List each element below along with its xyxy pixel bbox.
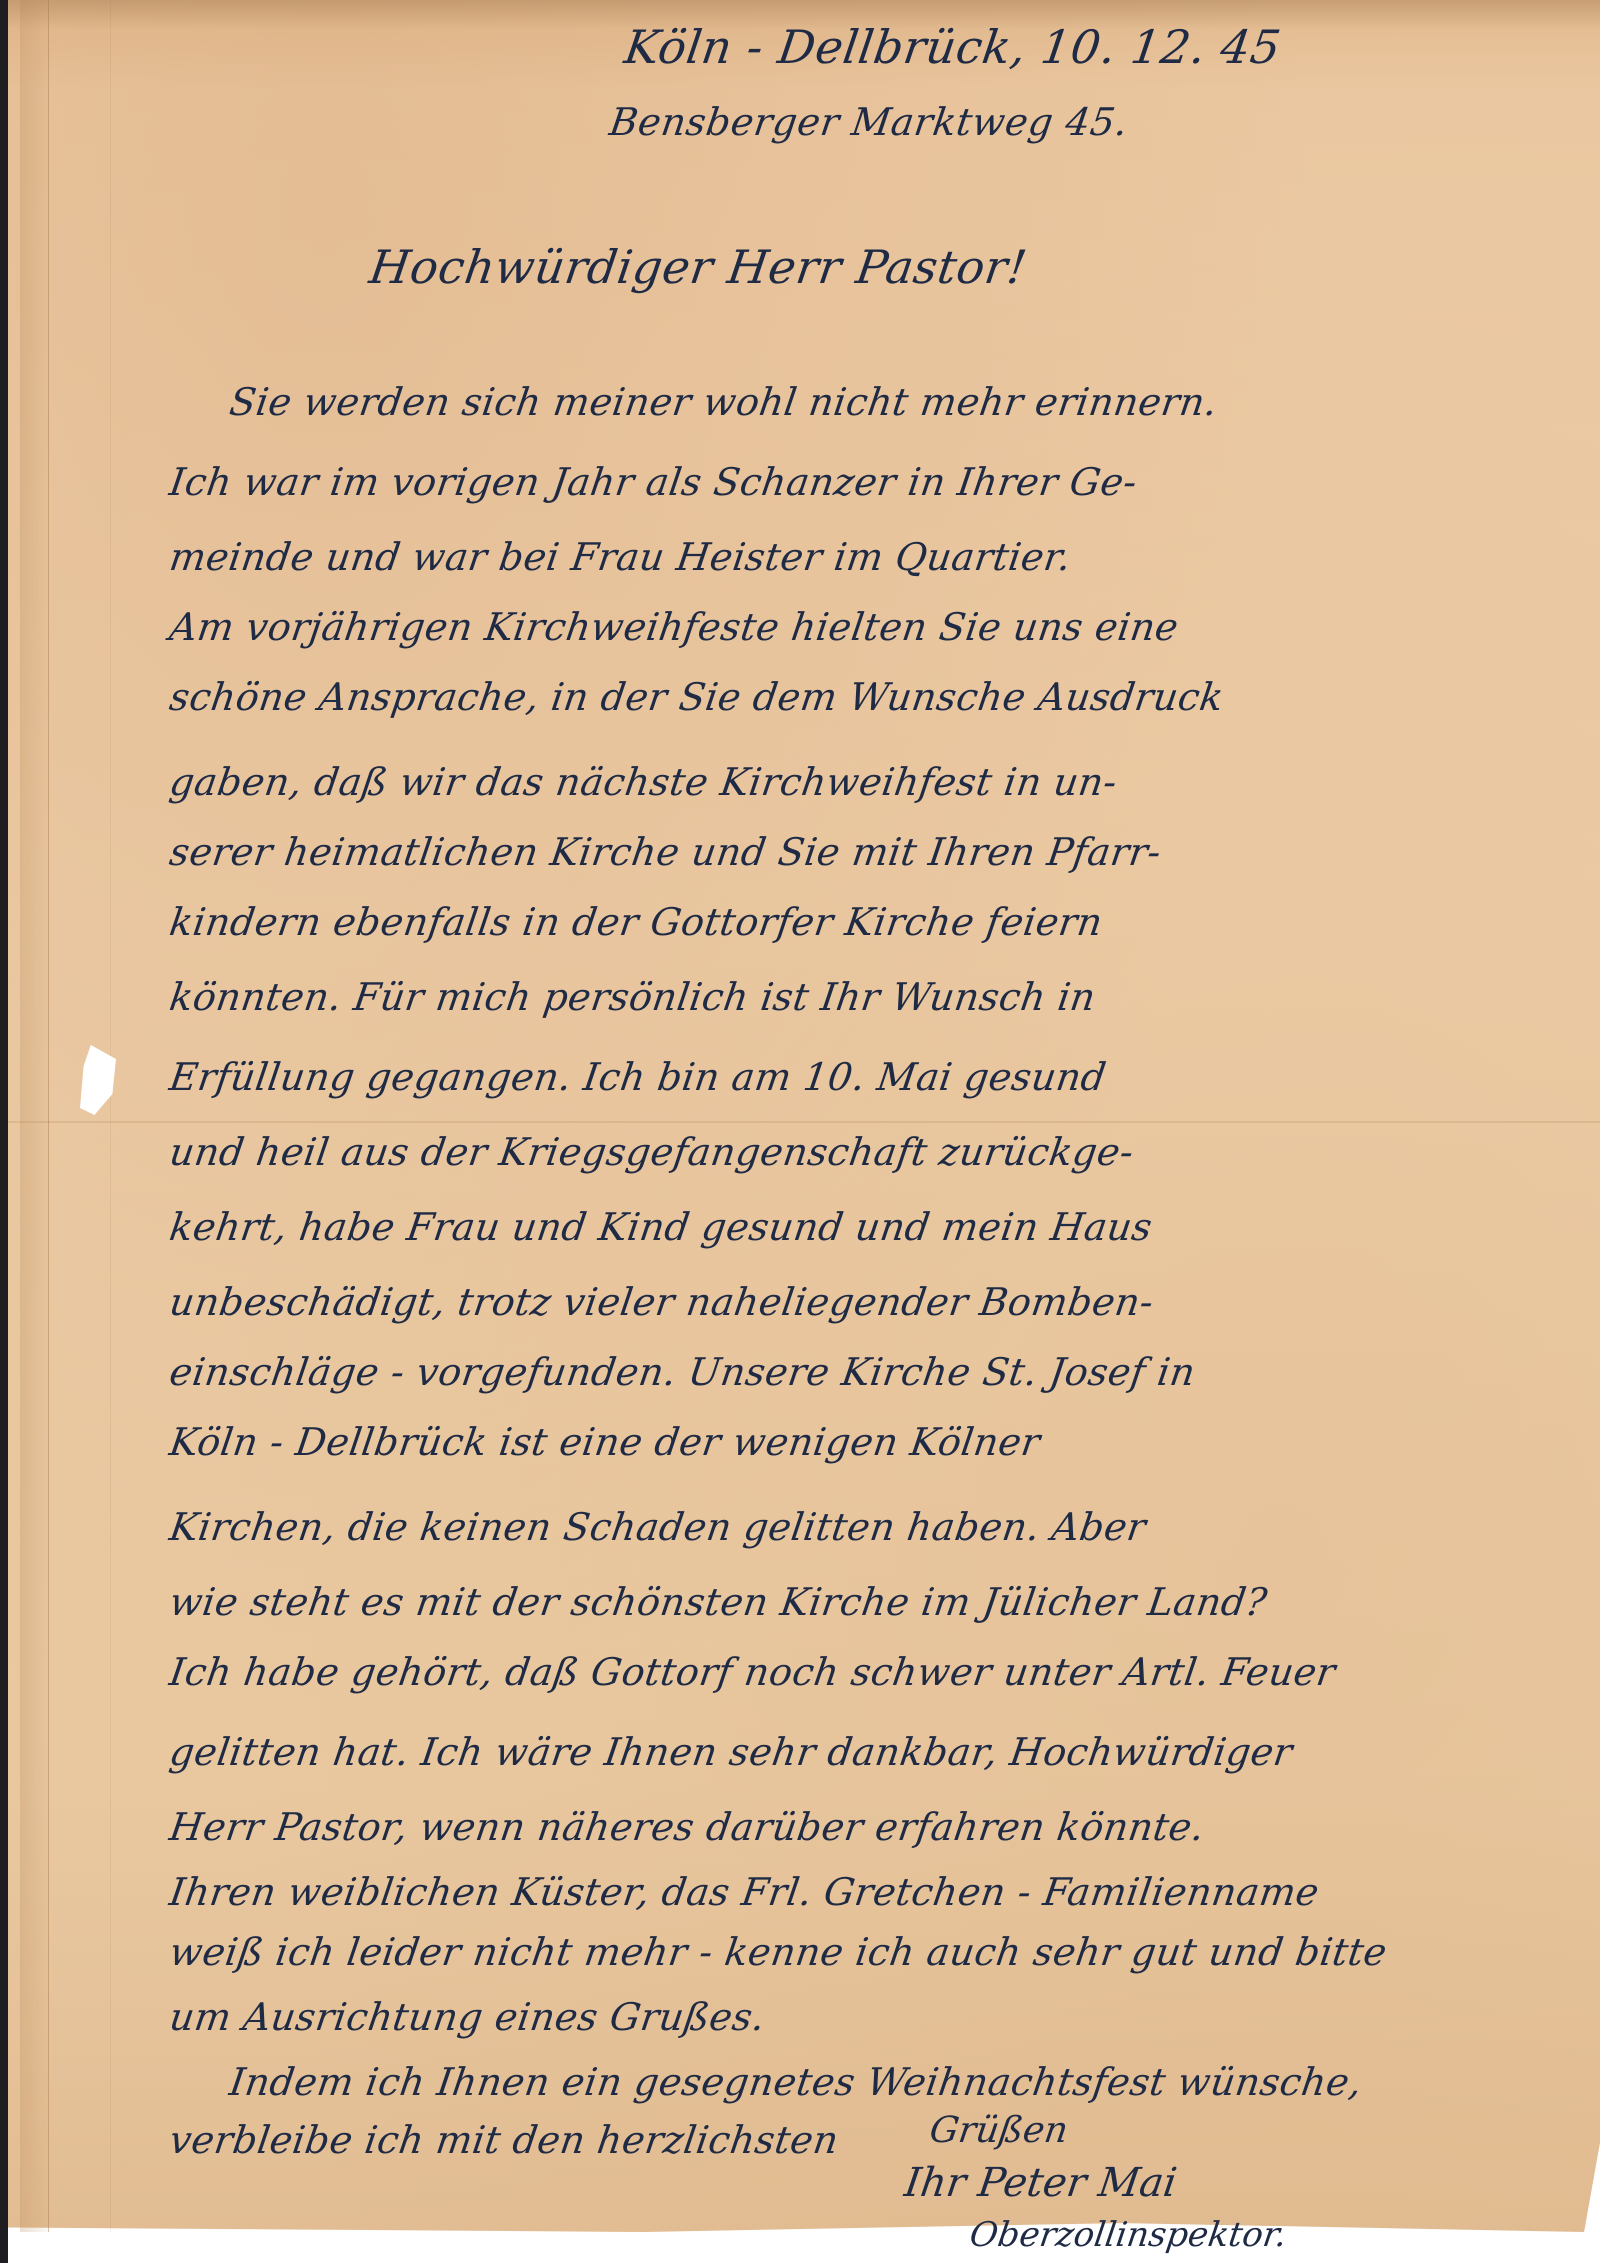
left-fold-crease	[20, 0, 49, 2232]
body-line: unbeschädigt, trotz vieler naheliegender…	[167, 1280, 1156, 1324]
body-line: einschläge - vorgefunden. Unsere Kirche …	[167, 1350, 1198, 1394]
body-line: serer heimatlichen Kirche und Sie mit Ih…	[167, 830, 1164, 874]
horizontal-fold-crease	[8, 1121, 1600, 1123]
body-line: um Ausrichtung eines Grußes.	[167, 1995, 768, 2039]
body-line: Herr Pastor, wenn näheres darüber erfahr…	[167, 1805, 1207, 1849]
closing-greeting: Grüßen	[927, 2110, 1070, 2151]
body-line: Ich war im vorigen Jahr als Schanzer in …	[167, 460, 1140, 504]
letter-salutation: Hochwürdiger Herr Pastor!	[366, 240, 1030, 294]
body-line: Ich habe gehört, daß Gottorf noch schwer…	[167, 1650, 1338, 1694]
body-line: kindern ebenfalls in der Gottorfer Kirch…	[167, 900, 1105, 944]
body-line: Ihren weiblichen Küster, das Frl. Gretch…	[167, 1870, 1322, 1914]
signature-name: Ihr Peter Mai	[902, 2160, 1180, 2206]
body-line: Indem ich Ihnen ein gesegnetes Weihnacht…	[227, 2060, 1365, 2104]
letter-street-address: Bensberger Marktweg 45.	[607, 100, 1131, 144]
body-line: gaben, daß wir das nächste Kirchweihfest…	[167, 760, 1120, 804]
body-line: könnten. Für mich persönlich ist Ihr Wun…	[167, 975, 1098, 1019]
body-line: Sie werden sich meiner wohl nicht mehr e…	[227, 380, 1220, 424]
body-line: kehrt, habe Frau und Kind gesund und mei…	[167, 1205, 1155, 1249]
scan-edge-shadow	[0, 0, 8, 2263]
body-line: verbleibe ich mit den herzlichsten	[167, 2118, 841, 2162]
body-line: Am vorjährigen Kirchweihfeste hielten Si…	[167, 605, 1181, 649]
body-line: weiß ich leider nicht mehr - kenne ich a…	[167, 1930, 1390, 1974]
body-line: wie steht es mit der schönsten Kirche im…	[167, 1580, 1270, 1624]
letter-place-date: Köln - Dellbrück, 10. 12. 45	[621, 20, 1284, 74]
scanned-letter: Köln - Dellbrück, 10. 12. 45 Bensberger …	[0, 0, 1600, 2263]
signature-title: Oberzollinspektor.	[967, 2215, 1289, 2255]
body-line: und heil aus der Kriegsgefangenschaft zu…	[167, 1130, 1136, 1174]
body-line: Kirchen, die keinen Schaden gelitten hab…	[167, 1505, 1149, 1549]
body-line: meinde und war bei Frau Heister im Quart…	[167, 535, 1074, 579]
body-line: Köln - Dellbrück ist eine der wenigen Kö…	[167, 1420, 1043, 1464]
body-line: Erfüllung gegangen. Ich bin am 10. Mai g…	[167, 1055, 1109, 1099]
vertical-fold-crease	[110, 0, 111, 2232]
body-line: gelitten hat. Ich wäre Ihnen sehr dankba…	[167, 1730, 1295, 1774]
body-line: schöne Ansprache, in der Sie dem Wunsche…	[167, 675, 1226, 719]
